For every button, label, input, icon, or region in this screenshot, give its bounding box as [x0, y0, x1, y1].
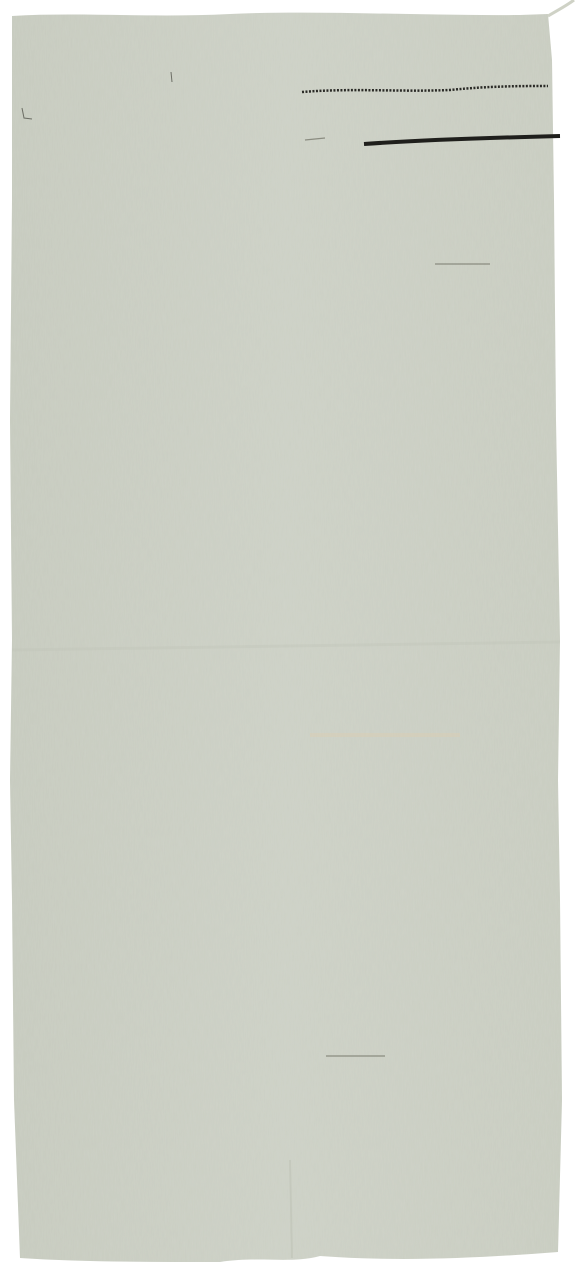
corner-fringe [548, 0, 574, 16]
rug-photo [0, 0, 580, 1274]
